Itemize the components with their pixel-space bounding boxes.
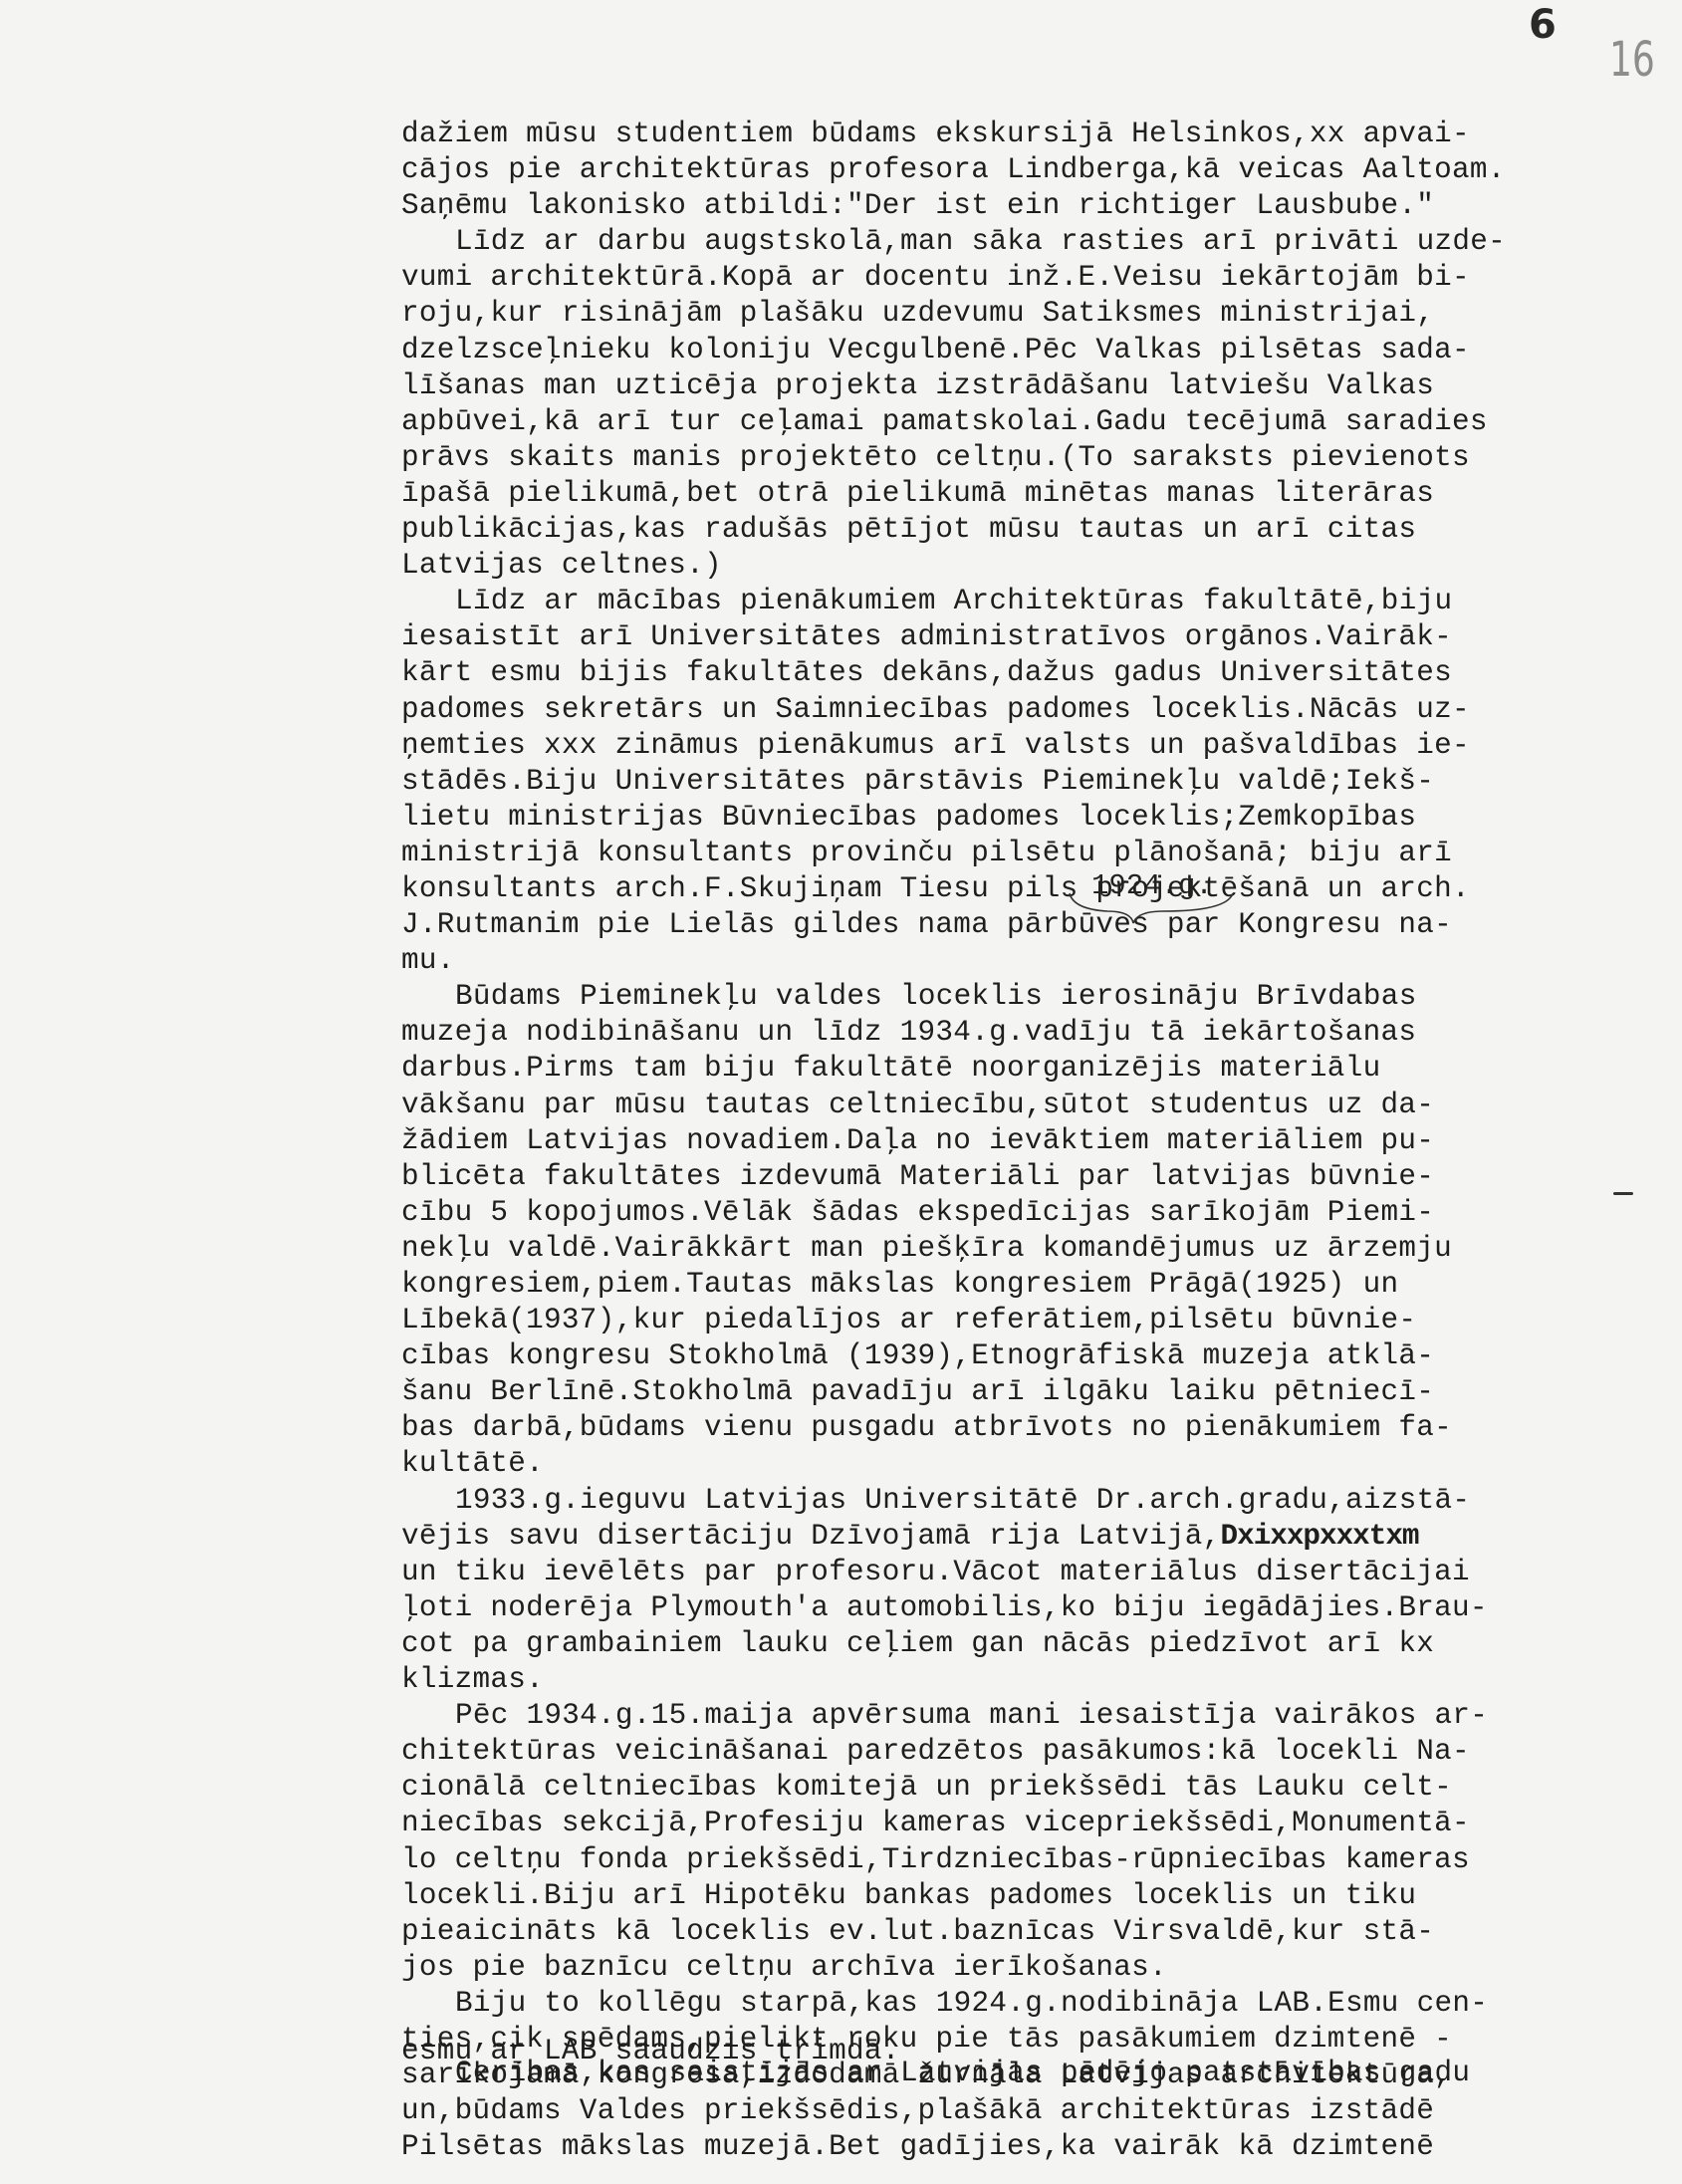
text-line-content: J.Rutmanim pie Lielās gildes nama pārbūv… xyxy=(401,908,1452,941)
text-line: un,būdams Valdes priekšsēdis,plašākā arc… xyxy=(401,2093,1656,2129)
text-line-content: lietu ministrijas Būvniecības padomes lo… xyxy=(401,801,1416,834)
text-line-content: darbus.Pirms tam biju fakultātē noorgani… xyxy=(401,1052,1380,1085)
text-line-content: kongresiem,piem.Tautas mākslas kongresie… xyxy=(401,1268,1398,1301)
text-line-content: vumi architektūrā.Kopā ar docentu inž.E.… xyxy=(401,261,1470,294)
text-line-content: žādiem Latvijas novadiem.Daļa no ievākti… xyxy=(401,1124,1434,1157)
text-line-content: bas darbā,būdams vienu pusgadu atbrīvots… xyxy=(401,1411,1452,1444)
text-line-content: blicēta fakultātes izdevumā Materiāli pa… xyxy=(401,1160,1434,1193)
text-line: Līdz ar darbu augstskolā,man sāka rastie… xyxy=(401,224,1656,260)
text-line: cot pa grambainiem lauku ceļiem gan nācā… xyxy=(401,1626,1656,1662)
text-line-content: iesaistīt arī Universitātes administratī… xyxy=(401,620,1452,653)
text-line: prāvs skaits manis projektēto celtņu.(To… xyxy=(401,440,1656,476)
text-line-content: Pilsētas mākslas muzejā.Bet gadījies,ka … xyxy=(401,2130,1434,2163)
text-line: cājos pie architektūras profesora Lindbe… xyxy=(401,152,1656,188)
text-line: Pēc 1934.g.15.maija apvērsuma mani iesai… xyxy=(401,1698,1656,1734)
text-line-content: un,būdams Valdes priekšsēdis,plašākā arc… xyxy=(401,2094,1434,2127)
text-line: līšanas man uzticēja projekta izstrādāša… xyxy=(401,368,1656,404)
text-line: Lībekā(1937),kur piedalījos ar referātie… xyxy=(401,1303,1656,1338)
text-line-content: stādēs.Biju Universitātes pārstāvis Piem… xyxy=(401,765,1434,798)
text-line: lo celtņu fonda priekšsēdi,Tirdzniecības… xyxy=(401,1842,1656,1878)
text-line: ministrijā konsultants provinču pilsētu … xyxy=(401,836,1656,871)
text-line-content: apbūvei,kā arī tur ceļamai pamatskolai.G… xyxy=(401,405,1488,438)
text-line-content: chitektūras veicināšanai paredzētos pasā… xyxy=(401,1735,1470,1768)
text-line: niecības sekcijā,Profesiju kameras vicep… xyxy=(401,1806,1656,1841)
text-line: un tiku ievēlēts par profesoru.Vācot mat… xyxy=(401,1555,1656,1590)
text-line-content: Būdams Pieminekļu valdes loceklis ierosi… xyxy=(455,980,1417,1013)
text-line-content: konsultants arch.F.Skujiņam Tiesu pils p… xyxy=(401,872,1470,905)
text-line-content: līšanas man uzticēja projekta izstrādāša… xyxy=(401,369,1434,402)
text-line: kultātē. xyxy=(401,1446,1656,1482)
text-line: žādiem Latvijas novadiem.Daļa no ievākti… xyxy=(401,1123,1656,1159)
text-line-content: niecības sekcijā,Profesiju kameras vicep… xyxy=(401,1807,1470,1839)
text-line: dažiem mūsu studentiem būdams ekskursijā… xyxy=(401,117,1656,152)
text-line: bas darbā,būdams vienu pusgadu atbrīvots… xyxy=(401,1410,1656,1446)
text-line: kārt esmu bijis fakultātes dekāns,dažus … xyxy=(401,655,1656,691)
text-line: Pilsētas mākslas muzejā.Bet gadījies,ka … xyxy=(401,2129,1656,2165)
text-line: Latvijas celtnes.) xyxy=(401,548,1656,584)
text-line-content: publikācijas,kas radušās pētījot mūsu ta… xyxy=(401,513,1416,546)
text-line: vējis savu disertāciju Dzīvojamā rija La… xyxy=(401,1519,1656,1555)
text-line-content: ņemties xxx zināmus pienākumus arī valst… xyxy=(401,729,1470,762)
text-line: klizmas. xyxy=(401,1662,1656,1698)
text-line-content: kultātē. xyxy=(401,1447,544,1480)
typed-overlap-line-bottom: Cerības,kas saistījās ar Latvijas pēdējo… xyxy=(401,2056,1470,2091)
text-line: pieaicināts kā loceklis ev.lut.baznīcas … xyxy=(401,1914,1656,1950)
text-line: vākšanu par mūsu tautas celtniecību,sūto… xyxy=(401,1088,1656,1123)
text-line: padomes sekretārs un Saimniecības padome… xyxy=(401,692,1656,728)
text-line: roju,kur risinājām plašāku uzdevumu Sati… xyxy=(401,296,1656,332)
text-line: lietu ministrijas Būvniecības padomes lo… xyxy=(401,800,1656,836)
insertion-brace-mark xyxy=(1068,889,1237,925)
text-line-content: padomes sekretārs un Saimniecības padome… xyxy=(401,693,1470,726)
text-line-content: cājos pie architektūras profesora Lindbe… xyxy=(401,153,1506,186)
text-line: publikācijas,kas radušās pētījot mūsu ta… xyxy=(401,512,1656,548)
text-line-content: 1933.g.ieguvu Latvijas Universitātē Dr.a… xyxy=(455,1484,1470,1517)
text-line-content: kārt esmu bijis fakultātes dekāns,dažus … xyxy=(401,656,1452,689)
text-line-content: jos pie baznīcu celtņu archīva ierīkošan… xyxy=(401,1951,1167,1984)
text-line-content: īpašā pielikumā,bet otrā pielikumā minēt… xyxy=(401,477,1434,510)
text-line: īpašā pielikumā,bet otrā pielikumā minēt… xyxy=(401,476,1656,512)
text-line: vumi architektūrā.Kopā ar docentu inž.E.… xyxy=(401,260,1656,296)
text-line: cionālā celtniecības komitejā un priekšs… xyxy=(401,1770,1656,1806)
text-line-content: vākšanu par mūsu tautas celtniecību,sūto… xyxy=(401,1089,1434,1121)
text-line: ņemties xxx zināmus pienākumus arī valst… xyxy=(401,728,1656,764)
page-number: 6 xyxy=(1529,2,1557,48)
text-line: konsultants arch.F.Skujiņam Tiesu pils p… xyxy=(401,871,1656,907)
text-line-content: Līdz ar mācības pienākumiem Architektūra… xyxy=(455,585,1452,617)
text-line-content: lo celtņu fonda priekšsēdi,Tirdzniecības… xyxy=(401,1843,1470,1876)
typed-body-text: dažiem mūsu studentiem būdams ekskursijā… xyxy=(401,117,1656,2165)
text-line: 1933.g.ieguvu Latvijas Universitātē Dr.a… xyxy=(401,1483,1656,1519)
text-line: kongresiem,piem.Tautas mākslas kongresie… xyxy=(401,1267,1656,1303)
text-line-content: muzeja nodibināšanu un līdz 1934.g.vadīj… xyxy=(401,1016,1416,1049)
text-line: muzeja nodibināšanu un līdz 1934.g.vadīj… xyxy=(401,1015,1656,1051)
text-line-content: roju,kur risinājām plašāku uzdevumu Sati… xyxy=(401,297,1434,330)
text-line-content: ministrijā konsultants provinču pilsētu … xyxy=(401,837,1452,869)
text-line-content: cības kongresu Stokholmā (1939),Etnogrāf… xyxy=(401,1339,1434,1372)
text-line: cību 5 kopojumos.Vēlāk šādas ekspedīcija… xyxy=(401,1195,1656,1231)
text-line-content: Saņēmu lakonisko atbildi:"Der ist ein ri… xyxy=(401,189,1434,222)
text-line: darbus.Pirms tam biju fakultātē noorgani… xyxy=(401,1051,1656,1087)
archive-number: 16 xyxy=(1609,32,1655,88)
text-line-content: klizmas. xyxy=(401,1663,544,1696)
text-line: jos pie baznīcu celtņu archīva ierīkošan… xyxy=(401,1950,1656,1986)
text-line: Būdams Pieminekļu valdes loceklis ierosi… xyxy=(401,979,1656,1015)
text-line: stādēs.Biju Universitātes pārstāvis Piem… xyxy=(401,764,1656,800)
text-line: dzelzsceļnieku koloniju Vecgulbenē.Pēc V… xyxy=(401,333,1656,368)
text-line: ļoti noderēja Plymouth'a automobilis,ko … xyxy=(401,1590,1656,1626)
margin-pencil-mark xyxy=(1613,1192,1633,1195)
text-line: Saņēmu lakonisko atbildi:"Der ist ein ri… xyxy=(401,188,1656,224)
text-line: nekļu valdē.Vairākkārt man piešķīra koma… xyxy=(401,1231,1656,1267)
text-line: mu. xyxy=(401,943,1656,979)
text-line: šanu Berlīnē.Stokholmā pavadīju arī ilgā… xyxy=(401,1374,1656,1410)
text-line-content: Biju to kollēgu starpā,kas 1924.g.nodibi… xyxy=(455,1987,1488,2020)
text-line-content: Līdz ar darbu augstskolā,man sāka rastie… xyxy=(455,225,1506,258)
text-line: iesaistīt arī Universitātes administratī… xyxy=(401,619,1656,655)
text-line-content: pieaicināts kā loceklis ev.lut.baznīcas … xyxy=(401,1915,1434,1948)
text-line-content: cot pa grambainiem lauku ceļiem gan nācā… xyxy=(401,1627,1434,1660)
text-line-content: ļoti noderēja Plymouth'a automobilis,ko … xyxy=(401,1591,1488,1624)
text-line-content: locekli.Biju arī Hipotēku bankas padomes… xyxy=(401,1879,1416,1912)
text-line-content: prāvs skaits manis projektēto celtņu.(To… xyxy=(401,441,1470,474)
text-line-content: dažiem mūsu studentiem būdams ekskursijā… xyxy=(401,118,1470,150)
text-line: J.Rutmanim pie Lielās gildes nama pārbūv… xyxy=(401,907,1656,943)
text-line-content: cību 5 kopojumos.Vēlāk šādas ekspedīcija… xyxy=(401,1196,1434,1229)
text-line-content: Latvijas celtnes.) xyxy=(401,549,722,582)
text-line: blicēta fakultātes izdevumā Materiāli pa… xyxy=(401,1159,1656,1195)
text-line-content: mu. xyxy=(401,944,455,977)
text-line-content: nekļu valdē.Vairākkārt man piešķīra koma… xyxy=(401,1232,1452,1265)
text-line: locekli.Biju arī Hipotēku bankas padomes… xyxy=(401,1878,1656,1914)
text-line-content: cionālā celtniecības komitejā un priekšs… xyxy=(401,1771,1452,1804)
text-line: Līdz ar mācības pienākumiem Architektūra… xyxy=(401,584,1656,619)
text-line: apbūvei,kā arī tur ceļamai pamatskolai.G… xyxy=(401,404,1656,440)
text-line-content: Pēc 1934.g.15.maija apvērsuma mani iesai… xyxy=(455,1699,1488,1732)
text-line-content: dzelzsceļnieku koloniju Vecgulbenē.Pēc V… xyxy=(401,334,1470,366)
text-line: chitektūras veicināšanai paredzētos pasā… xyxy=(401,1734,1656,1770)
text-line-content: un tiku ievēlēts par profesoru.Vācot mat… xyxy=(401,1556,1470,1588)
text-line-content: Lībekā(1937),kur piedalījos ar referātie… xyxy=(401,1304,1416,1336)
text-line: cības kongresu Stokholmā (1939),Etnogrāf… xyxy=(401,1338,1656,1374)
text-line: Biju to kollēgu starpā,kas 1924.g.nodibi… xyxy=(401,1986,1656,2022)
text-line-content: vējis savu disertāciju Dzīvojamā rija La… xyxy=(401,1520,1221,1553)
struck-out-text: Dxixxpxxxtxm xyxy=(1221,1520,1419,1553)
text-line-content: šanu Berlīnē.Stokholmā pavadīju arī ilgā… xyxy=(401,1375,1434,1408)
